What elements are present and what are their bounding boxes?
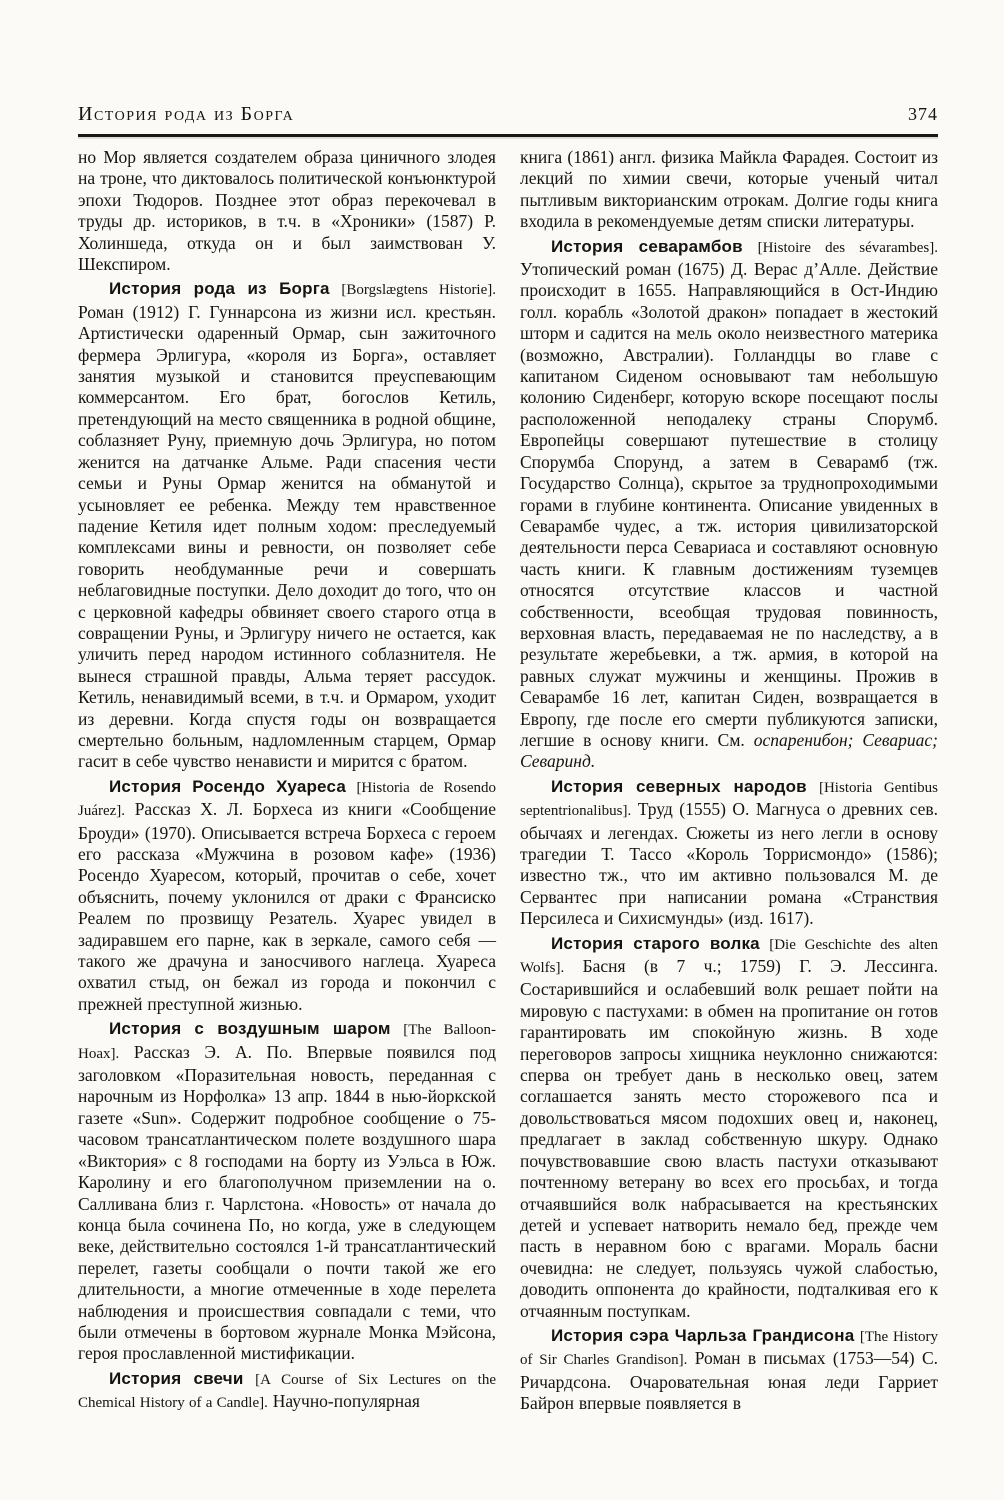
right-column: книга (1861) англ. физика Майкла Фарадея…: [520, 147, 938, 1415]
article-istoriya-sevarambov: История севарамбов [Histoire des sévaram…: [520, 236, 938, 773]
article-body: Роман (1912) Г. Гуннарсона из жизни исл.…: [78, 302, 496, 772]
article-heading: История сэра Чарльза Грандисона: [551, 1326, 854, 1345]
page-header: История рода из Борга 374: [78, 103, 938, 126]
article-body: Утопический роман (1675) Д. Верас д’Алле…: [520, 259, 938, 750]
article-body: Научно-популярная: [273, 1391, 420, 1411]
article-body: Рассказ Х. Л. Борхеса из книги «Сообщени…: [78, 799, 496, 1014]
text-columns: но Мор является создателем образа циничн…: [78, 147, 938, 1415]
article-heading: История севарамбов: [551, 237, 743, 256]
header-rule: [78, 134, 938, 137]
article-heading: История Росендо Хуареса: [109, 777, 346, 796]
article-heading: История свечи: [109, 1369, 244, 1388]
article-istoriya-sera-charlza-grandisona: История сэра Чарльза Грандисона [The His…: [520, 1325, 938, 1415]
article-body: Басня (в 7 ч.; 1759) Г. Э. Лессинга. Сос…: [520, 956, 938, 1321]
article-heading: История северных народов: [551, 777, 807, 796]
continuation-paragraph: но Мор является создателем образа циничн…: [78, 147, 496, 275]
article-body: Рассказ Э. А. По. Впервые появился под з…: [78, 1042, 496, 1364]
left-column: но Мор является создателем образа циничн…: [78, 147, 496, 1415]
page-number: 374: [908, 104, 938, 125]
article-istoriya-svechi: История свечи [A Course of Six Lectures …: [78, 1368, 496, 1415]
dictionary-page: История рода из Борга 374 но Мор являетс…: [0, 0, 1004, 1500]
article-istoriya-rosendo-huaresa: История Росендо Хуареса [Historia de Ros…: [78, 776, 496, 1015]
article-heading: История с воздушным шаром: [109, 1019, 391, 1038]
article-istoriya-s-vozdushnym-sharom: История с воздушным шаром [The Balloon-H…: [78, 1018, 496, 1365]
article-istoriya-starogo-volka: История старого волка [Die Geschichte de…: [520, 933, 938, 1322]
running-title: История рода из Борга: [78, 103, 294, 126]
article-istoriya-severnyh-narodov: История северных народов [Historia Genti…: [520, 776, 938, 930]
article-original-title: [Borgslægtens Historie].: [341, 282, 496, 298]
article-heading: История рода из Борга: [109, 279, 330, 298]
article-heading: История старого волка: [551, 934, 760, 953]
article-original-title: [Histoire des sévarambes].: [758, 240, 938, 256]
article-istoriya-roda-iz-borga: История рода из Борга [Borgslægtens Hist…: [78, 278, 496, 772]
continuation-paragraph: книга (1861) англ. физика Майкла Фарадея…: [520, 147, 938, 233]
